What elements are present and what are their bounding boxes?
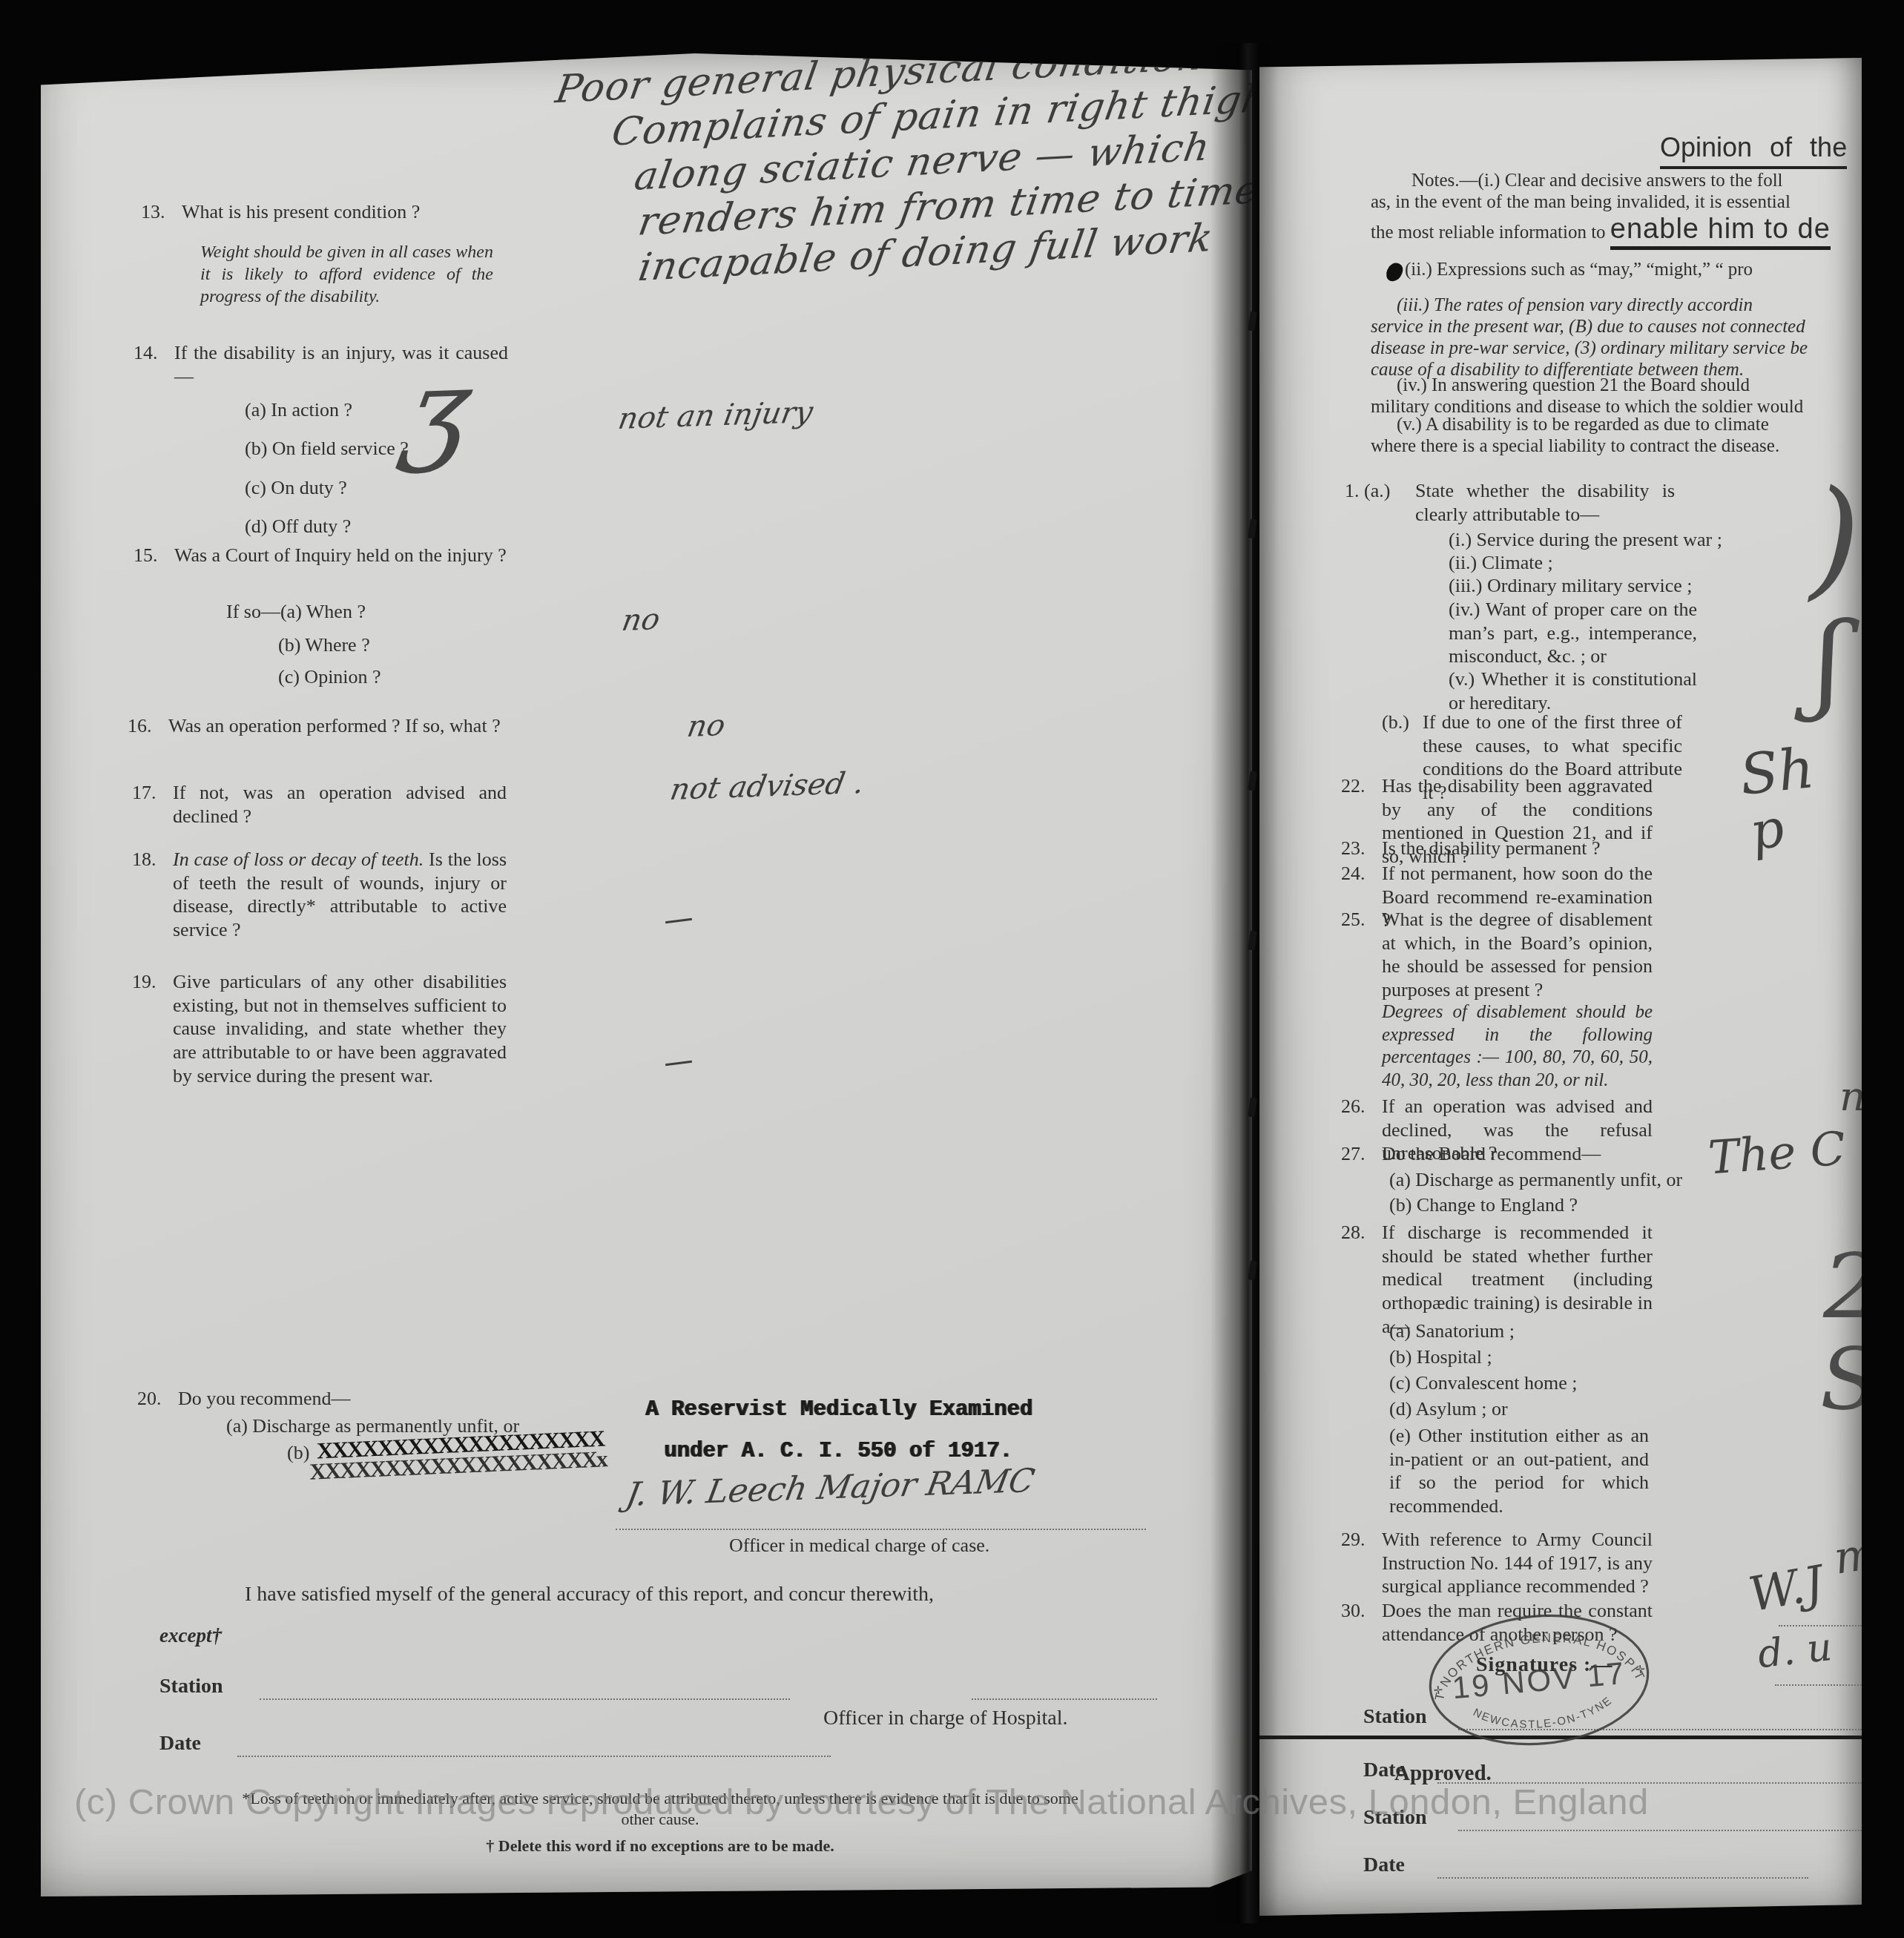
question-number: 13. — [141, 200, 182, 224]
note-i-emphasis: enable him to de — [1610, 214, 1831, 250]
ink-blot — [1384, 260, 1406, 284]
except-label: except† — [159, 1624, 222, 1647]
question-19: 19. Give particulars of any other disabi… — [132, 970, 507, 1088]
page-heading: Opinion of the — [1660, 132, 1847, 169]
question-text: If not, was an operation advised and dec… — [173, 781, 507, 828]
note-i-line-1: Notes.—(i.) Clear and decisive answers t… — [1411, 171, 1783, 191]
handwritten-brace-bottom: ʃ — [1814, 608, 1843, 716]
question-text: Do you recommend— — [178, 1387, 512, 1411]
note-ii: (ii.) Expressions such as “may,” “might,… — [1405, 260, 1753, 280]
note-iii-line-3: disease in pre-war service, (3) ordinary… — [1371, 338, 1808, 359]
footnote-dagger: † Delete this word if no exceptions are … — [156, 1836, 1165, 1856]
left-page: Poor general physical condition Complain… — [41, 53, 1252, 1904]
question-27-option-b: (b) Change to England ? — [1389, 1194, 1578, 1216]
question-14-option-b: (b) On field service ? — [245, 438, 409, 460]
handwritten-condition-note: Poor general physical condition Complain… — [523, 30, 1285, 297]
question-29: 29. With reference to Army Council Instr… — [1341, 1528, 1653, 1598]
question-number: (b.) — [1382, 711, 1423, 734]
handwritten-dash-19 — [665, 1061, 692, 1066]
question-text: State whether the disability is clearly … — [1415, 479, 1675, 526]
handwritten-answer-16: no — [685, 708, 728, 744]
signature-rule — [616, 1528, 1146, 1530]
note-iii-line-2: service in the present war, (B) due to c… — [1371, 317, 1805, 337]
question-20-option-b: (b) — [287, 1442, 309, 1464]
question-16: 16. Was an operation performed ? If so, … — [128, 714, 502, 738]
handwritten-brace-28-top: 2 — [1823, 1243, 1862, 1332]
question-number: 14. — [134, 341, 174, 365]
question-25-note: Degrees of disablement should be express… — [1382, 1001, 1653, 1092]
question-28-option-d: (d) Asylum ; or — [1389, 1398, 1508, 1420]
scanned-document-spread: Poor general physical condition Complain… — [0, 0, 1904, 1938]
question-number: 19. — [132, 970, 173, 994]
question-14-option-c: (c) On duty ? — [245, 477, 347, 499]
officer-hospital-caption: Officer in charge of Hospital. — [823, 1706, 1067, 1731]
question-number: 24. — [1341, 862, 1382, 886]
handwritten-answer-17: not advised . — [668, 766, 867, 807]
note-i-line-2: as, in the event of the man being invali… — [1371, 192, 1791, 213]
question-number: 1. (a.) — [1345, 479, 1415, 503]
approved-station-rule — [1458, 1829, 1862, 1831]
handwritten-brace-28-bottom: S — [1820, 1337, 1862, 1423]
question-text: Give particulars of any other disabiliti… — [173, 970, 507, 1088]
note-iii-line-1: (iii.) The rates of pension vary directl… — [1397, 295, 1753, 316]
question-1a-item-iv: (iv.) Want of proper care on the man’s p… — [1449, 598, 1697, 668]
footnote-star-line-1: *Loss of teeth on or immediately after, … — [156, 1789, 1165, 1808]
handwritten-dash-18 — [665, 918, 692, 923]
approved-station-label: Station — [1363, 1805, 1427, 1830]
question-text: Was a Court of Inquiry held on the injur… — [174, 544, 508, 567]
question-number: 18. — [132, 848, 173, 871]
question-number: 28. — [1341, 1221, 1382, 1245]
question-number: 29. — [1341, 1528, 1382, 1552]
date-label: Date — [159, 1731, 201, 1756]
question-15: 15. Was a Court of Inquiry held on the i… — [134, 544, 508, 567]
question-13-note: Weight should be given in all cases when… — [200, 241, 493, 308]
question-18: 18. In case of loss or decay of teeth. I… — [132, 848, 507, 942]
question-28-option-b: (b) Hospital ; — [1389, 1346, 1492, 1368]
question-number: 20. — [137, 1387, 178, 1411]
question-18-lead: In case of loss or decay of teeth. — [173, 848, 424, 870]
handwritten-partial-22b: p — [1745, 797, 1788, 863]
station-label: Station — [1363, 1704, 1427, 1730]
note-i-line-3: the most reliable information to enable … — [1371, 214, 1831, 245]
handwritten-brace-top: ) — [1810, 473, 1860, 603]
typed-reservist-line-2: under A. C. I. 550 of 1917. — [664, 1439, 1012, 1463]
question-28-option-e: (e) Other institution either as an in-pa… — [1389, 1424, 1649, 1518]
question-text: With reference to Army Council Instructi… — [1382, 1528, 1653, 1598]
approved-date-label: Date — [1363, 1853, 1405, 1878]
question-1a-item-iii: (iii.) Ordinary military service ; — [1449, 575, 1693, 597]
station-rule — [260, 1698, 790, 1700]
partial-signature-1: W.J — [1745, 1556, 1828, 1623]
note-v-line-1: (v.) A disability is to be regarded as d… — [1397, 415, 1769, 435]
partial-signature-rule-2 — [1775, 1684, 1862, 1686]
question-number: 17. — [132, 781, 173, 805]
date-rule — [237, 1755, 831, 1757]
question-23: 23. Is the disability permanent ? — [1341, 837, 1653, 860]
footnote-star-line-2: other cause. — [156, 1810, 1165, 1829]
question-number: 23. — [1341, 837, 1382, 860]
right-page: Opinion of the Notes.—(i.) Clear and dec… — [1259, 58, 1862, 1916]
question-14-option-a: (a) In action ? — [245, 399, 352, 421]
question-15-option-c: (c) Opinion ? — [278, 666, 381, 688]
question-number: 15. — [134, 544, 174, 567]
question-text: Is the disability permanent ? — [1382, 837, 1653, 860]
question-27-option-a: (a) Discharge as permanently unfit, or — [1389, 1169, 1682, 1191]
question-1a-item-v: (v.) Whether it is constitutional or her… — [1449, 668, 1697, 714]
question-number: 27. — [1341, 1142, 1382, 1166]
station-label: Station — [159, 1674, 223, 1699]
question-number: 26. — [1341, 1095, 1382, 1118]
question-25: 25. What is the degree of disablement at… — [1341, 908, 1653, 1002]
question-text: Do the Board recommend— — [1382, 1142, 1653, 1166]
question-20: 20. Do you recommend— — [137, 1387, 512, 1411]
handwritten-answer-14: not an injury — [616, 395, 815, 436]
question-15-option-b: (b) Where ? — [278, 634, 370, 656]
handwritten-answer-15: no — [619, 602, 662, 638]
stamp-cross-left: ✛ — [1433, 1684, 1443, 1697]
handwritten-partial-29: m — [1831, 1527, 1862, 1584]
handwritten-partial-27: The C — [1707, 1121, 1848, 1185]
question-14-option-d: (d) Off duty ? — [245, 515, 351, 538]
question-28-option-a: (a) Sanatorium ; — [1389, 1320, 1515, 1342]
question-number: 25. — [1341, 908, 1382, 932]
question-number: 16. — [128, 714, 168, 738]
typed-reservist-line-1: A Reservist Medically Examined — [645, 1397, 1032, 1422]
question-number: 22. — [1341, 774, 1382, 798]
question-text: Was an operation performed ? If so, what… — [168, 714, 502, 738]
question-1a-item-i: (i.) Service during the present war ; — [1449, 529, 1722, 551]
station-rule-fragment — [972, 1698, 1157, 1700]
question-27: 27. Do the Board recommend— — [1341, 1142, 1653, 1166]
question-17: 17. If not, was an operation advised and… — [132, 781, 507, 828]
question-28-option-c: (c) Convalescent home ; — [1389, 1372, 1577, 1394]
approved-label: Approved. — [1394, 1761, 1492, 1787]
date-rule — [1437, 1782, 1862, 1784]
medical-officer-signature: J. W. Leech Major RAMC — [623, 1462, 1038, 1514]
officer-case-caption: Officer in medical charge of case. — [729, 1534, 989, 1558]
question-1a-item-ii: (ii.) Climate ; — [1449, 552, 1553, 574]
approved-date-rule — [1437, 1876, 1808, 1879]
note-i-line-3-prefix: the most reliable information to — [1371, 223, 1610, 243]
question-number: 30. — [1341, 1599, 1382, 1623]
partial-signature-2: d. u — [1756, 1625, 1834, 1677]
question-13: 13. What is his present condition ? — [141, 200, 493, 224]
stamp-cross-right: ✛ — [1635, 1664, 1646, 1677]
concurrence-text: I have satisfied myself of the general a… — [245, 1582, 934, 1607]
note-iv-line-1: (iv.) In answering question 21 the Board… — [1397, 375, 1750, 396]
question-1a: 1. (a.) State whether the disability is … — [1345, 479, 1675, 526]
note-v-line-2: where there is a special liability to co… — [1371, 436, 1779, 457]
question-text: What is the degree of disablement at whi… — [1382, 908, 1653, 1002]
question-15-option-a: If so—(a) When ? — [226, 601, 366, 623]
handwritten-partial-26: n — [1839, 1072, 1862, 1120]
hospital-date-stamp: 1ST NORTHERN GENERAL HOSPITAL NEWCASTLE-… — [1418, 1600, 1659, 1760]
question-text: What is his present condition ? — [182, 200, 493, 224]
